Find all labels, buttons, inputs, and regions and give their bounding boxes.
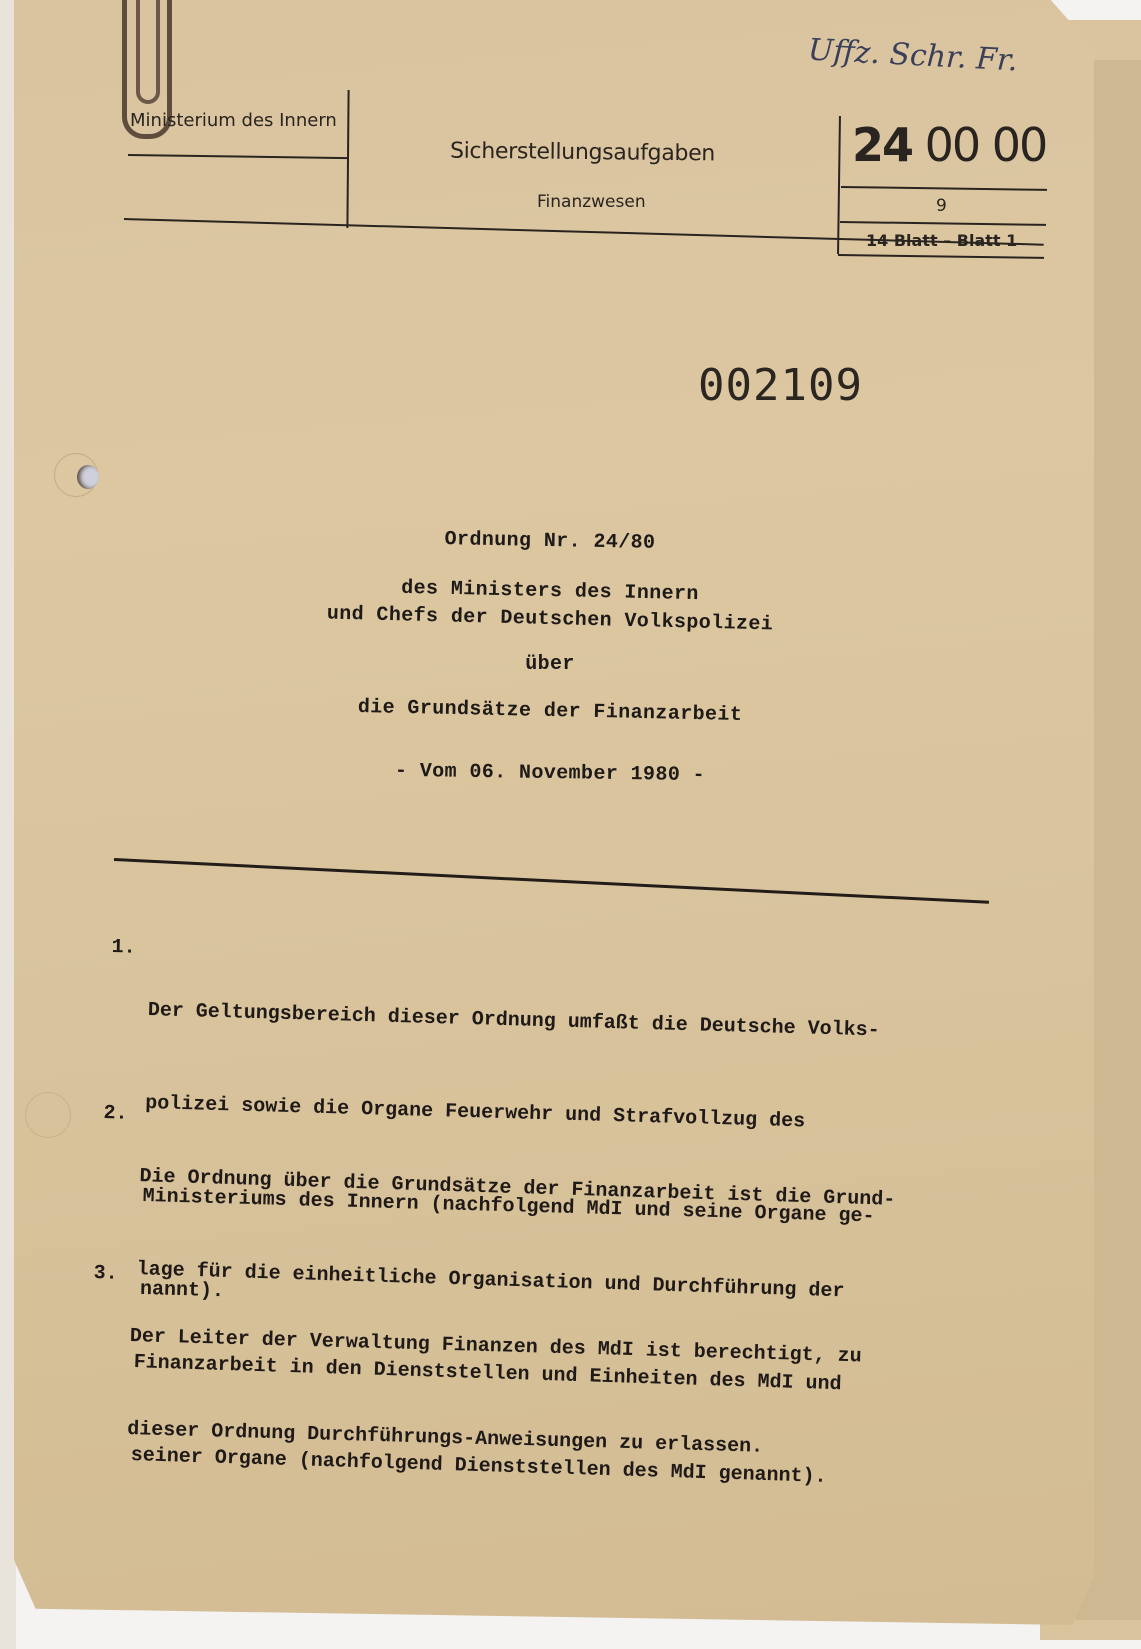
punch-hole-icon bbox=[77, 465, 99, 489]
item-number: 3. bbox=[93, 1258, 118, 1290]
ministry-label: Ministerium des Innern bbox=[130, 110, 337, 131]
file-code: 24 00 00 bbox=[852, 118, 1046, 172]
paperclip-inner-icon bbox=[136, 0, 160, 104]
punch-hole-mark bbox=[25, 1092, 71, 1138]
list-item: 1. Der Geltungsbereich dieser Ordnung um… bbox=[109, 932, 136, 1026]
item-line: Der Leiter der Verwaltung Finanzen des M… bbox=[129, 1321, 862, 1372]
item-line: dieser Ordnung Durchführungs-Anweisungen… bbox=[127, 1414, 860, 1465]
sub-number: 9 bbox=[936, 196, 947, 216]
file-code-rest: 00 00 bbox=[912, 118, 1046, 172]
list-item: 3. Der Leiter der Verwaltung Finanzen de… bbox=[91, 1258, 118, 1352]
item-line: Die Ordnung über die Grundsätze der Fina… bbox=[139, 1161, 896, 1216]
scan-background-left bbox=[0, 0, 16, 1649]
item-number: 2. bbox=[103, 1098, 128, 1130]
category-title: Sicherstellungsaufgaben bbox=[450, 139, 715, 167]
stamp-number: 002109 bbox=[698, 360, 863, 411]
list-item: 2. Die Ordnung über die Grundsätze der F… bbox=[101, 1098, 128, 1192]
file-code-bold: 24 bbox=[852, 118, 912, 172]
item-number: 1. bbox=[111, 932, 136, 964]
item-line: Der Geltungsbereich dieser Ordnung umfaß… bbox=[147, 995, 880, 1046]
title-line-4: über bbox=[240, 653, 860, 676]
subcategory-label: Finanzwesen bbox=[537, 192, 646, 212]
